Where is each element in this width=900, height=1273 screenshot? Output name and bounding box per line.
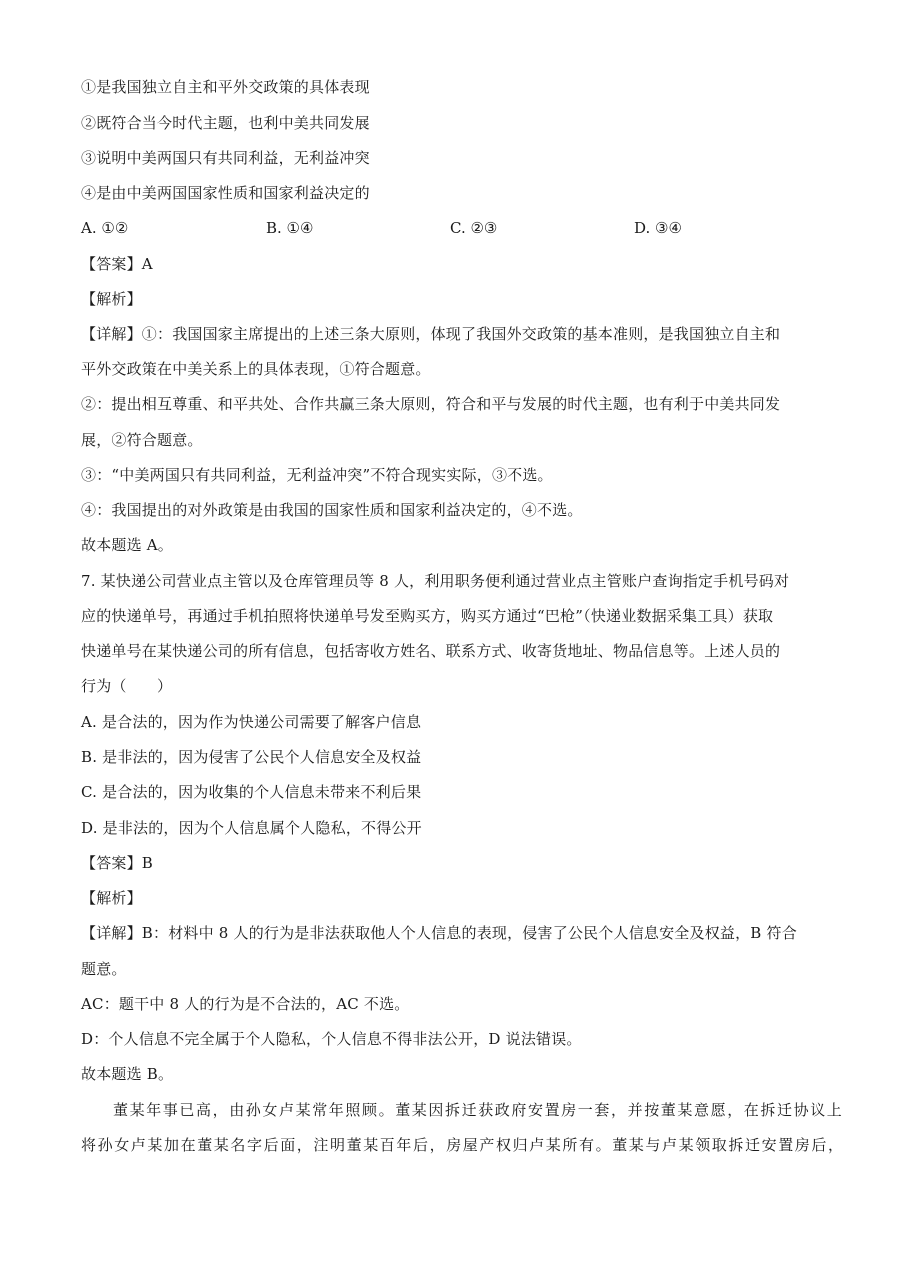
q6-detail-line: ②：提出相互尊重、和平共处、合作共赢三条大原则，符合和平与发展的时代主题，也有利… bbox=[81, 394, 780, 414]
q7-detail-line: D：个人信息不完全属于个人隐私，个人信息不得非法公开，D 说法错误。 bbox=[81, 1029, 582, 1049]
q7-detail-line: 【详解】B：材料中 8 人的行为是非法获取他人个人信息的表现，侵害了公民个人信息… bbox=[81, 923, 797, 943]
q6-detail-line: ④：我国提出的对外政策是由我国的国家性质和国家利益决定的，④不选。 bbox=[81, 500, 583, 520]
q7-detail-line: AC：题干中 8 人的行为是不合法的，AC 不选。 bbox=[81, 994, 409, 1014]
q7-option-d: D. 是非法的，因为个人信息属个人隐私，不得公开 bbox=[81, 818, 422, 838]
material-line: 董某年事已高，由孙女卢某常年照顾。董某因拆迁获政府安置房一套，并按董某意愿，在拆… bbox=[113, 1100, 843, 1120]
q6-option-a: A. ①② bbox=[81, 218, 128, 238]
q6-conclusion: 故本题选 A。 bbox=[81, 535, 173, 555]
q6-option-c: C. ②③ bbox=[450, 218, 497, 238]
statement-3: ③说明中美两国只有共同利益，无利益冲突 bbox=[81, 148, 370, 168]
q6-detail-line: 【详解】①：我国国家主席提出的上述三条大原则，体现了我国外交政策的基本准则，是我… bbox=[81, 324, 780, 344]
q6-detail-line: ③：“中美两国只有共同利益，无利益冲突”不符合现实实际，③不选。 bbox=[81, 465, 553, 485]
q6-detail-line: 展，②符合题意。 bbox=[81, 430, 203, 450]
q6-option-d: D. ③④ bbox=[634, 218, 682, 238]
q7-detail-line: 题意。 bbox=[81, 959, 127, 979]
q7-analysis-label: 【解析】 bbox=[81, 888, 142, 908]
q7-stem-line: 7. 某快递公司营业点主管以及仓库管理员等 8 人，利用职务便利通过营业点主管账… bbox=[81, 571, 789, 591]
q7-stem-line: 行为（ ） bbox=[81, 676, 172, 696]
q7-stem-line: 快递单号在某快递公司的所有信息，包括寄收方姓名、联系方式、收寄货地址、物品信息等… bbox=[81, 641, 780, 661]
q6-analysis-label: 【解析】 bbox=[81, 289, 142, 309]
statement-2: ②既符合当今时代主题，也利中美共同发展 bbox=[81, 113, 370, 133]
statement-1: ①是我国独立自主和平外交政策的具体表现 bbox=[81, 77, 370, 97]
document-page: ①是我国独立自主和平外交政策的具体表现 ②既符合当今时代主题，也利中美共同发展 … bbox=[0, 0, 900, 1273]
q7-answer: 【答案】B bbox=[81, 853, 153, 873]
q7-option-b: B. 是非法的，因为侵害了公民个人信息安全及权益 bbox=[81, 747, 421, 767]
material-line: 将孙女卢某加在董某名字后面，注明董某百年后，房屋产权归卢某所有。董某与卢某领取拆… bbox=[81, 1135, 845, 1155]
q7-conclusion: 故本题选 B。 bbox=[81, 1064, 173, 1084]
q6-option-b: B. ①④ bbox=[266, 218, 313, 238]
q7-stem-line: 应的快递单号，再通过手机拍照将快递单号发至购买方，购买方通过“巴枪”（快递业数据… bbox=[81, 606, 773, 626]
statement-4: ④是由中美两国国家性质和国家利益决定的 bbox=[81, 183, 370, 203]
q6-answer: 【答案】A bbox=[81, 254, 153, 274]
q7-option-a: A. 是合法的，因为作为快递公司需要了解客户信息 bbox=[81, 712, 421, 732]
q6-detail-line: 平外交政策在中美关系上的具体表现，①符合题意。 bbox=[81, 359, 431, 379]
q7-option-c: C. 是合法的，因为收集的个人信息未带来不利后果 bbox=[81, 782, 421, 802]
